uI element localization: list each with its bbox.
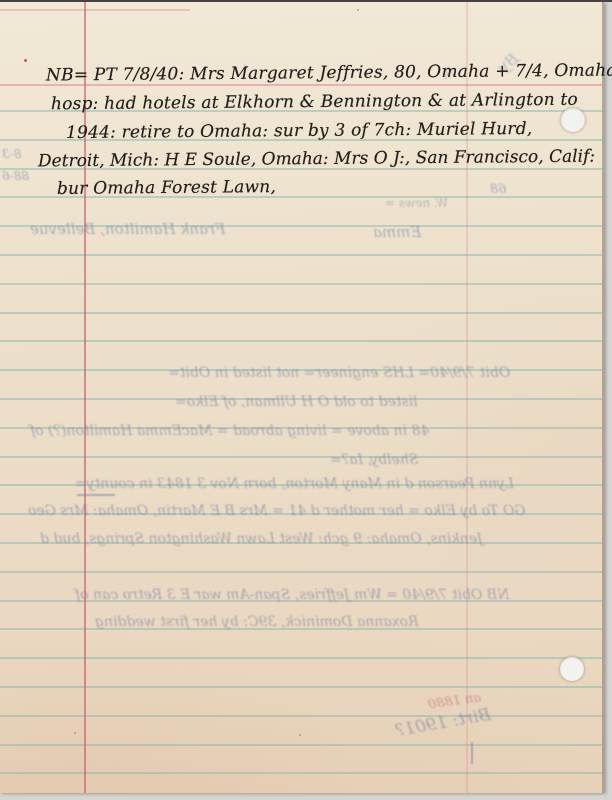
bleedthrough-edge-mark: 68 [490, 181, 507, 199]
bleedthrough-line: Jenkins, Omaha: 9 gch: West Lawn Washing… [40, 530, 483, 548]
handwriting-line: NB= PT 7/8/40: Mrs Margaret Jeffries, 80… [46, 60, 612, 87]
scanner-background: NB= PT 7/8/40: Mrs Margaret Jeffries, 80… [0, 0, 612, 800]
left-margin-line [84, 2, 86, 793]
ruled-line [0, 456, 602, 458]
handwriting-line: hosp: had hotels at Elkhorn & Bennington… [51, 89, 578, 116]
scan-top-edge [0, 0, 612, 2]
ruled-line [0, 571, 602, 573]
bleedthrough-edge-mark: 8-3 [2, 145, 21, 163]
dust-speck [357, 9, 359, 11]
bleedthrough-line: 48 in above = living abroad = MacEmma Ha… [30, 422, 429, 440]
bleedthrough-line: Shelby, Ia?= [330, 451, 418, 469]
ruled-line [0, 686, 602, 688]
ruled-line [0, 744, 602, 746]
bleedthrough-line: NB Obit 7/9/40 = Wm Jeffries, Span-Am wa… [75, 586, 509, 604]
bleedthrough-mark [471, 742, 473, 764]
bleedthrough-line: Emma [373, 223, 421, 241]
ruled-line [0, 312, 602, 314]
bleedthrough-edge-mark: 88-6 [2, 167, 29, 185]
dust-speck [299, 734, 301, 736]
bleedthrough-underline [77, 494, 115, 496]
ruled-line [0, 657, 602, 659]
handwriting-line: 1944: retire to Omaha: sur by 3 of 7ch: … [66, 118, 533, 144]
notebook-page: NB= PT 7/8/40: Mrs Margaret Jeffries, 80… [0, 2, 604, 793]
bleedthrough-line: listed to old O H Ullman, of Elko= [175, 393, 418, 411]
handwriting-line: bur Omaha Forest Lawn, [57, 176, 276, 200]
bleedthrough-line: Frank Hamilton, Bellevue [30, 220, 226, 238]
punch-hole-bottom [560, 657, 584, 681]
bleedthrough-line: Obit 7/9/40= LHS engineer= not listed in… [168, 364, 510, 382]
ruled-line [0, 772, 602, 774]
ruled-line [0, 254, 602, 256]
bleedthrough-line: Lynn Pearson d in Many Morton, born Nov … [75, 475, 514, 493]
ruled-line [0, 715, 602, 717]
bleedthrough-line: GO To by Elko = her mother d 41 = Mrs B … [28, 502, 526, 520]
bleedthrough-line: Roxanna Dominick, 39C: by her first wedd… [95, 613, 419, 631]
bleedthrough-line: W. news = [385, 194, 448, 212]
punch-hole-top [561, 108, 585, 132]
top-faint-red-rule [0, 9, 190, 11]
red-ink-speck [24, 59, 27, 62]
ruled-line [0, 340, 602, 342]
ruled-line [0, 283, 602, 285]
dust-speck [74, 732, 76, 734]
